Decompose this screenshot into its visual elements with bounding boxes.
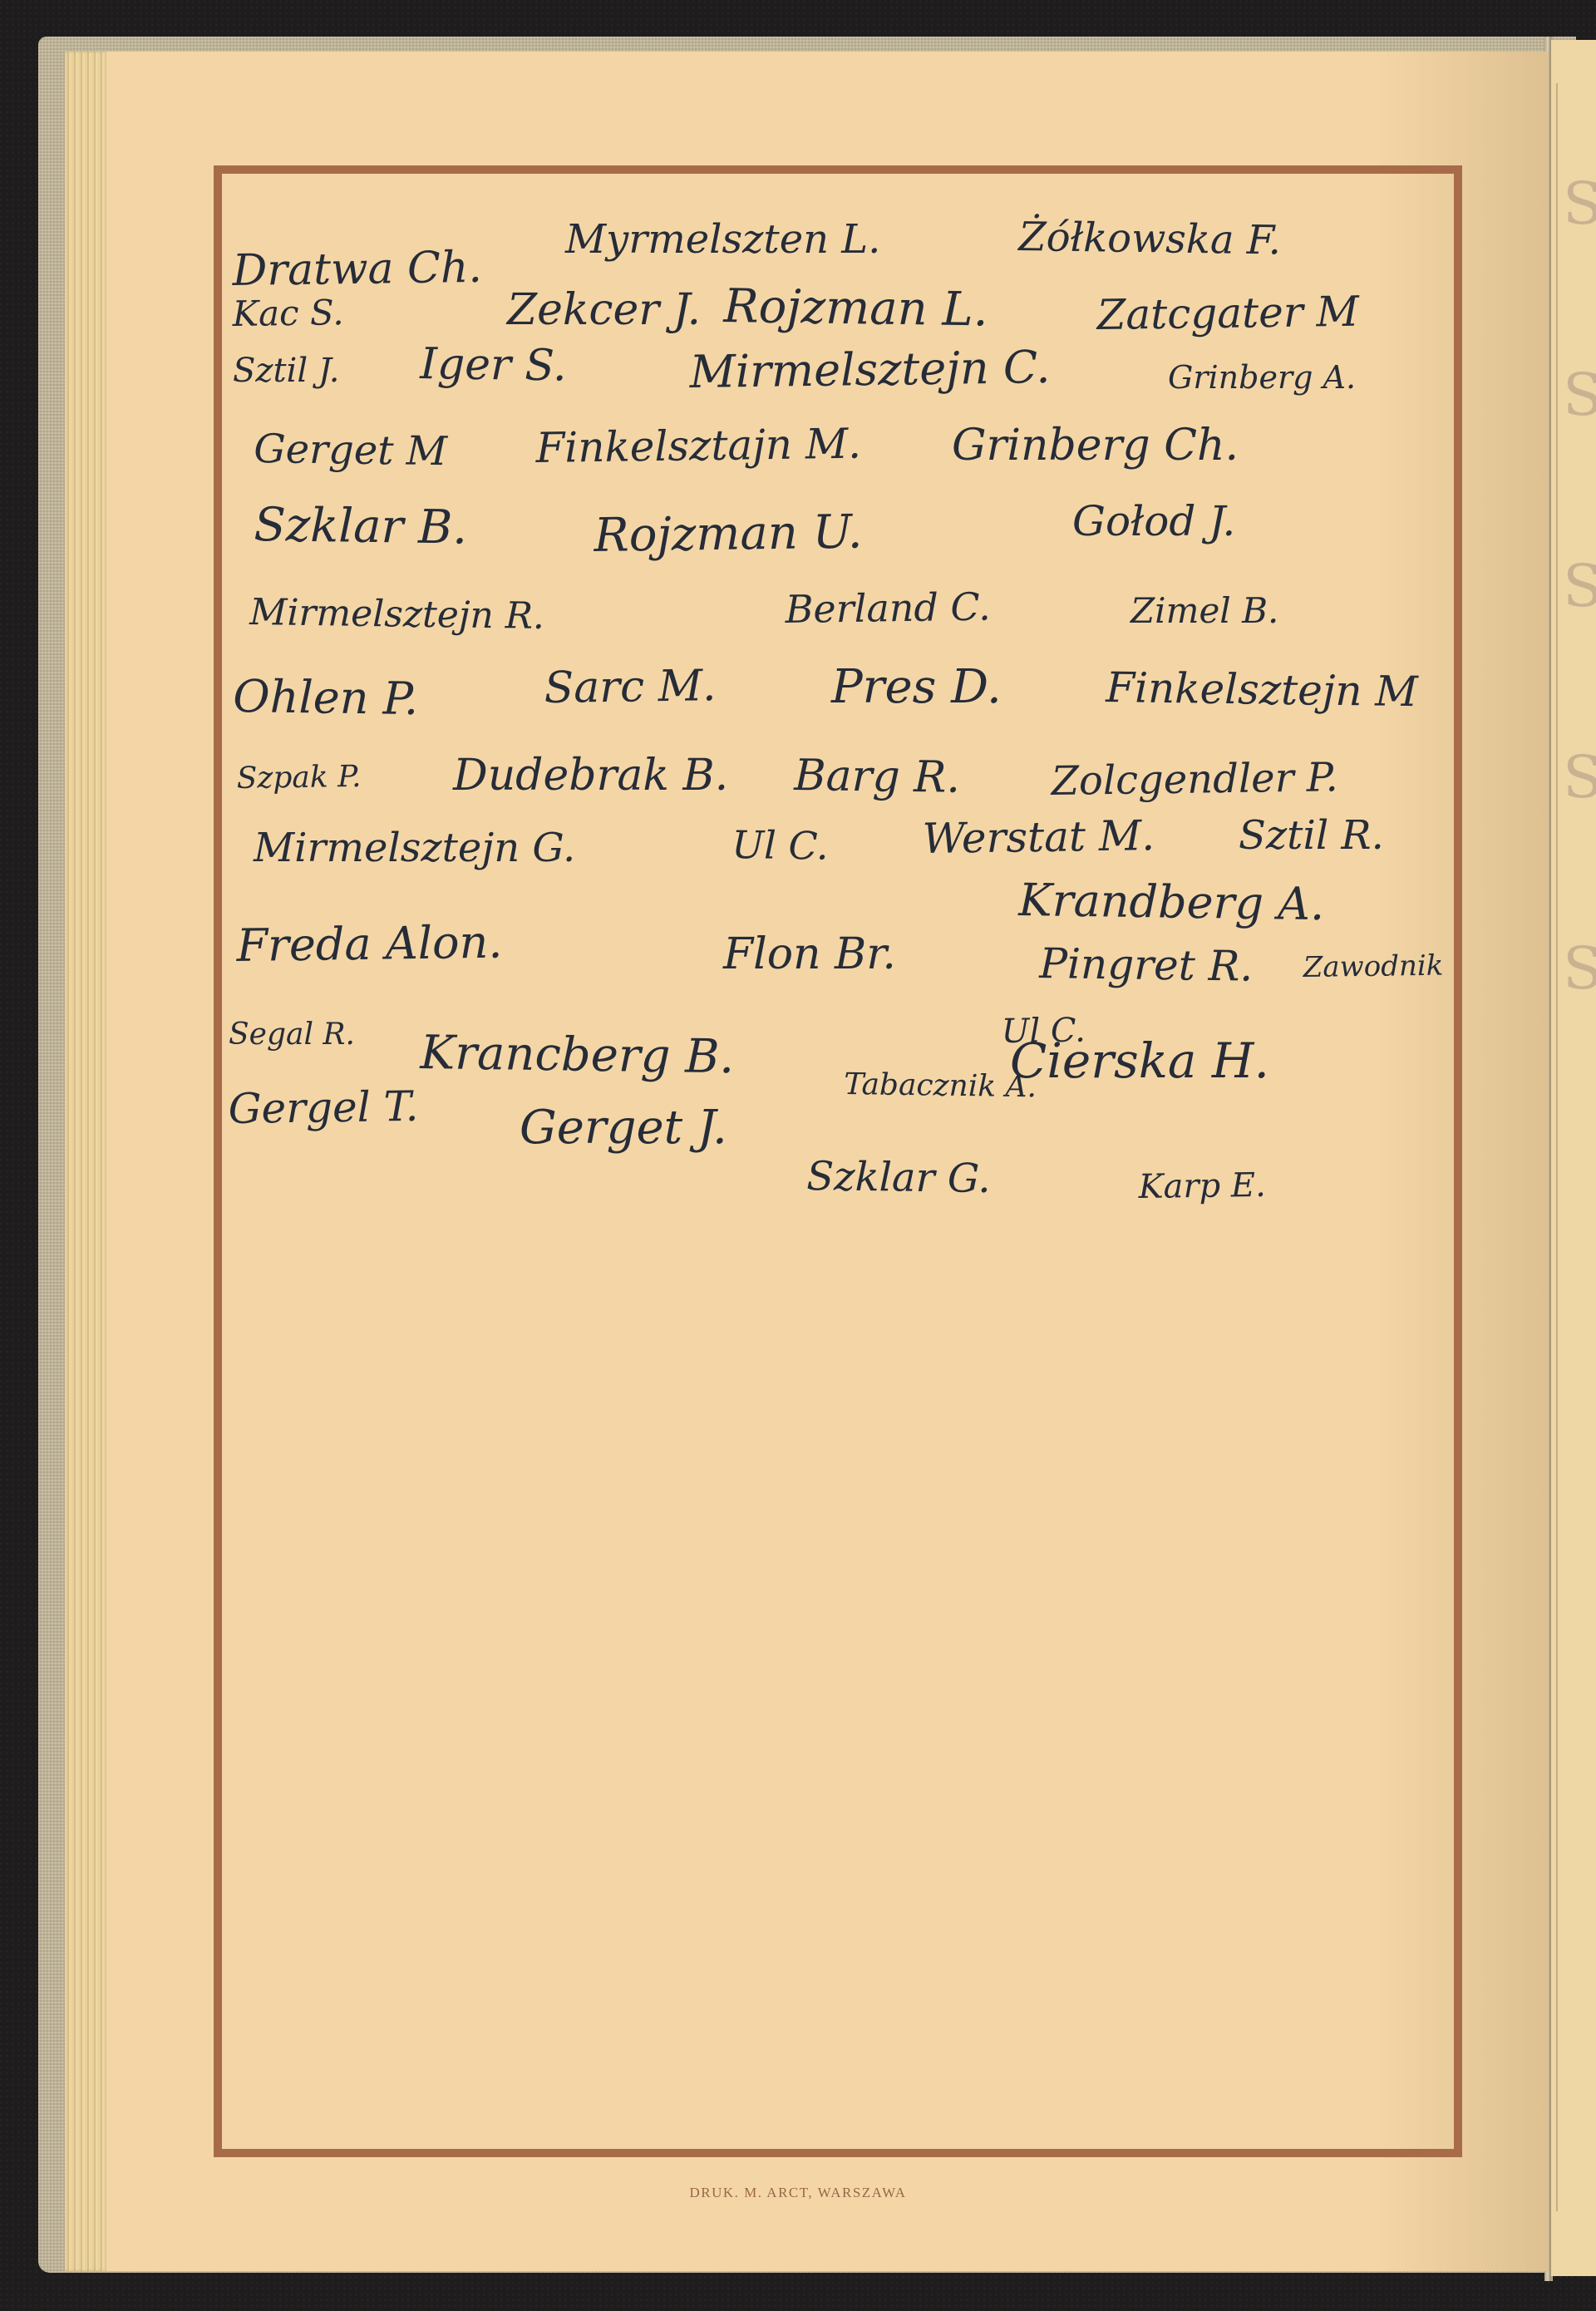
handwritten-signature: Zimel B. — [1130, 590, 1278, 631]
handwritten-signature: Gerget M — [254, 426, 447, 475]
page-fore-edge — [65, 52, 108, 2271]
handwritten-signature: Karp E. — [1138, 1166, 1266, 1206]
handwritten-signature: Mirmelsztejn C. — [689, 341, 1051, 398]
handwritten-signature: Tabacznik A. — [844, 1067, 1037, 1104]
handwritten-signature: Pres D. — [831, 660, 1002, 714]
handwritten-signature: Dudebrak B. — [453, 751, 728, 801]
handwritten-signature: Finkelsztejn M — [1106, 663, 1418, 716]
handwritten-signature: Rojzman L. — [723, 279, 988, 337]
handwritten-signature: Zolcgendler P. — [1051, 754, 1338, 805]
handwritten-signature: Rojzman U. — [594, 505, 863, 563]
handwritten-signature: Dratwa Ch. — [232, 243, 482, 296]
handwritten-signature: Kac S. — [232, 292, 344, 334]
handwritten-signature: Iger S. — [420, 339, 567, 391]
handwritten-signature: Sztil R. — [1239, 812, 1384, 859]
handwritten-signature: Sarc M. — [544, 661, 717, 713]
handwritten-signature: Cierska H. — [1010, 1032, 1269, 1089]
handwritten-signature: Flon Br. — [723, 929, 896, 979]
handwritten-signature: Myrmelszten L. — [565, 216, 880, 263]
handwritten-signature: Zawodnik — [1303, 949, 1443, 984]
handwritten-signature: Szklar G. — [806, 1153, 991, 1202]
handwritten-signature: Sztil J. — [233, 352, 340, 390]
handwritten-signature: Szpak P. — [236, 760, 361, 796]
handwritten-signature: Żółkowska F. — [1018, 214, 1281, 264]
handwritten-signature: Szklar B. — [254, 498, 468, 555]
handwritten-signature: Mirmelsztejn R. — [249, 591, 544, 638]
handwritten-signature: Krandberg A. — [1018, 874, 1325, 930]
handwritten-signature: Barg R. — [794, 751, 960, 803]
handwritten-signature: Ul C. — [731, 822, 829, 869]
handwritten-signature: Gergel T. — [228, 1082, 419, 1133]
handwritten-signature: Zekcer J. — [507, 285, 701, 335]
handwritten-signature: Grinberg Ch. — [952, 421, 1239, 471]
handwritten-signature: Krancberg B. — [420, 1026, 735, 1084]
handwritten-signature: Mirmelsztejn G. — [254, 825, 575, 871]
handwritten-signature: Segal R. — [229, 1018, 355, 1052]
handwritten-signature: Freda Alon. — [236, 916, 503, 972]
printer-imprint: DRUK. M. ARCT, WARSZAWA — [0, 2185, 1596, 2201]
handwritten-signature: Werstat M. — [922, 811, 1155, 863]
handwritten-signature: Zatcgater M — [1096, 288, 1359, 339]
handwritten-signature: Pingret R. — [1039, 939, 1254, 991]
handwritten-signature: Finkelsztajn M. — [535, 420, 861, 472]
handwritten-signature: Gołod J. — [1072, 497, 1235, 545]
handwritten-signature: Gerget J. — [520, 1101, 727, 1155]
handwritten-signature: Grinberg A. — [1168, 359, 1356, 396]
handwritten-signature: Ohlen P. — [233, 670, 419, 725]
facing-page-ornament-letters: S S S S S — [1563, 108, 1596, 1022]
handwritten-signature: Berland C. — [785, 584, 991, 632]
